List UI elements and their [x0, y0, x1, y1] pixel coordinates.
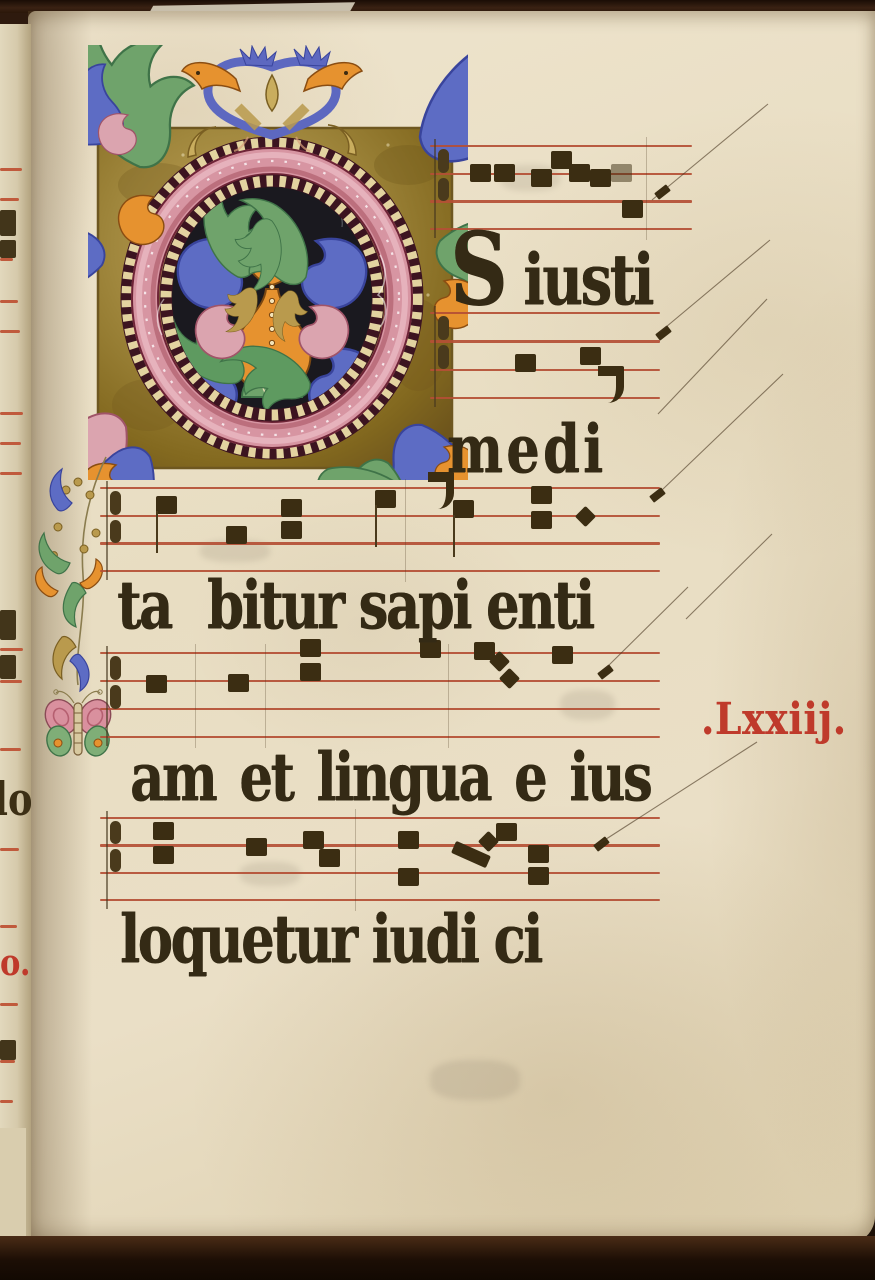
neume-stem	[453, 515, 455, 557]
neume-square	[375, 490, 396, 508]
division-bar	[355, 809, 356, 911]
show-through-smudge	[430, 1060, 520, 1100]
neume-square	[156, 496, 177, 514]
staff-line-stub	[0, 1060, 15, 1063]
neume-square	[580, 347, 601, 365]
ink-fragment	[0, 1040, 16, 1060]
staff-line	[100, 872, 660, 874]
staff-line	[100, 680, 660, 682]
previous-folio-edge: lo o.	[0, 24, 31, 1240]
manuscript-photo: lo o.	[0, 0, 875, 1280]
clef-mark	[438, 316, 449, 340]
neume-square	[528, 845, 549, 863]
neume-square	[590, 169, 611, 187]
neume-square	[226, 526, 247, 544]
illuminated-initial-o	[88, 45, 468, 480]
neume-square	[319, 849, 340, 867]
division-bar	[195, 644, 196, 748]
clef-mark	[110, 491, 121, 515]
clef-mark	[110, 849, 121, 872]
chant-text-line-4: am et lingua e ius	[130, 738, 650, 816]
neume-square	[153, 822, 174, 840]
neume-square	[496, 823, 517, 841]
custos-mark	[654, 184, 671, 200]
clef-line	[106, 811, 108, 909]
staff-line-stub	[0, 258, 13, 261]
music-staff	[100, 487, 660, 574]
division-bar	[265, 644, 266, 748]
neume-square	[398, 868, 419, 886]
neume-square	[531, 169, 552, 187]
neume-square	[146, 675, 167, 693]
staff-line	[430, 145, 692, 147]
margin-text-fragment: lo	[0, 772, 31, 826]
staff-line-stub	[0, 1003, 18, 1006]
chant-text-line-5: loquetur iudi ci	[120, 900, 541, 978]
neume-square	[470, 164, 491, 182]
division-bar	[448, 644, 449, 748]
staff-line-stub	[0, 442, 21, 445]
staff-line-stub	[0, 925, 17, 928]
staff-line-stub	[0, 168, 22, 171]
staff-line	[430, 369, 660, 371]
staff-line-stub	[0, 748, 21, 751]
staff-line	[100, 844, 660, 846]
staff-line-stub	[0, 648, 23, 651]
clef-mark	[438, 345, 449, 369]
clef-mark	[110, 520, 121, 544]
staff-line-stub	[0, 198, 19, 201]
chant-text-line-2: medi	[447, 410, 606, 488]
ink-fragment	[0, 240, 16, 258]
ink-fragment	[0, 210, 16, 236]
chant-text-line-3a: ta	[117, 566, 171, 644]
neume-stem	[375, 505, 377, 547]
folio-number: .Lxxiij.	[701, 694, 847, 745]
staff-line	[100, 652, 660, 654]
neume-square	[453, 500, 474, 518]
neume-square	[528, 867, 549, 885]
neume-square	[303, 831, 324, 849]
staff-line-stub	[0, 300, 18, 303]
neume-square	[622, 200, 643, 218]
staff-line-stub	[0, 330, 20, 333]
chant-text-line-3b: bitur sapi enti	[207, 566, 593, 644]
staff-line-stub	[0, 1100, 13, 1103]
neume-square	[300, 663, 321, 681]
neume-square	[281, 499, 302, 517]
neume-diamond	[575, 506, 596, 527]
ink-fragment	[0, 610, 16, 640]
neume-square	[531, 511, 552, 529]
staff-line-stub	[0, 472, 22, 475]
clef-mark	[110, 656, 121, 680]
neume-diamond	[499, 667, 520, 688]
clef-line	[434, 139, 436, 238]
music-staff	[100, 817, 660, 903]
staff-line	[100, 542, 660, 544]
staff-line	[100, 708, 660, 710]
margin-rubric-fragment: o.	[0, 942, 31, 984]
staff-line-stub	[0, 680, 22, 683]
under-page-edge	[0, 1128, 26, 1244]
neume-square	[552, 646, 573, 664]
neume-square	[246, 838, 267, 856]
clef-line	[106, 646, 108, 746]
neume-square	[531, 486, 552, 504]
music-staff	[100, 652, 660, 740]
clef-line	[106, 481, 108, 580]
neume-square	[281, 521, 302, 539]
neume-square	[153, 846, 174, 864]
custos-mark	[593, 837, 610, 853]
binding-bottom-edge	[0, 1236, 875, 1280]
staff-line	[430, 200, 692, 202]
clef-mark	[438, 178, 449, 202]
neume-square	[398, 831, 419, 849]
clef-mark	[110, 685, 121, 709]
neume-square	[494, 164, 515, 182]
neume-square	[611, 164, 632, 182]
ink-fragment	[0, 655, 16, 679]
custos-mark	[597, 664, 614, 680]
chant-text-line-1: S iusti	[450, 224, 652, 321]
neume-square	[569, 164, 590, 182]
chant-capital-s: S	[450, 210, 506, 328]
staff-line-stub	[0, 412, 23, 415]
staff-line	[100, 817, 660, 819]
staff-line-stub	[0, 848, 19, 851]
neume-square	[515, 354, 536, 372]
clef-mark	[110, 821, 121, 844]
clef-line	[434, 306, 436, 407]
neume-stem	[156, 511, 158, 553]
clef-mark	[438, 149, 449, 173]
neume-square	[228, 674, 249, 692]
staff-line	[430, 397, 660, 399]
staff-line	[430, 340, 660, 342]
